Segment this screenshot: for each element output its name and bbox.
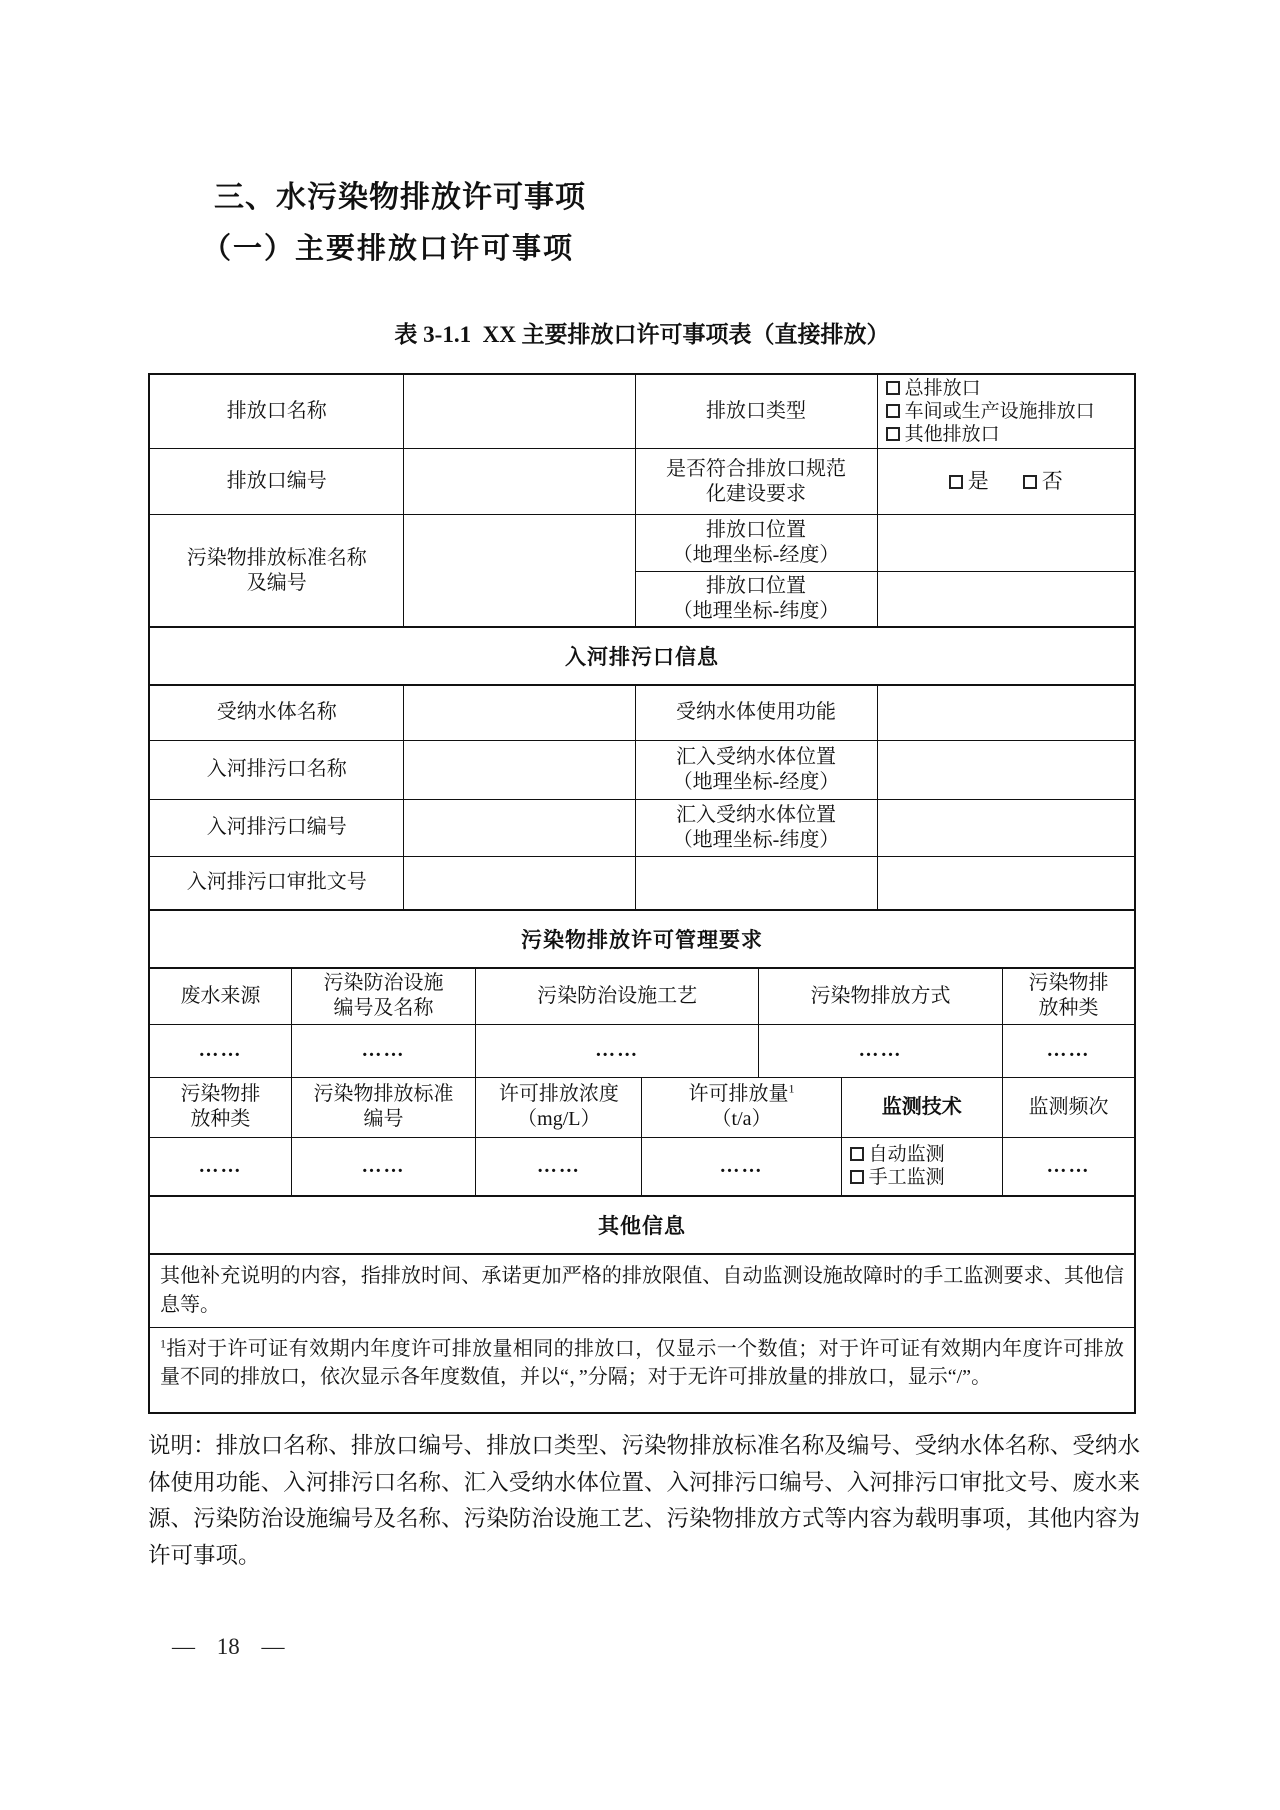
permit-concentration-header: 许可排放浓度 （mg/L） bbox=[476, 1077, 642, 1137]
table-row: 污染物排 放种类 污染物排放标准 编号 许可排放浓度 （mg/L） 许可排放量1… bbox=[150, 1077, 1134, 1137]
checkbox[interactable] bbox=[886, 404, 900, 418]
table-row: 排放口编号 是否符合排放口规范 化建设要求 是 否 bbox=[150, 449, 1134, 515]
water-body-name-label: 受纳水体名称 bbox=[150, 686, 404, 740]
monitor-options-cell: 自动监测 手工监测 bbox=[841, 1137, 1002, 1195]
placeholder-dots: …… bbox=[1002, 1024, 1134, 1077]
river-info-table: 受纳水体名称 受纳水体使用功能 入河排污口名称 汇入受纳水体位置 （地理坐标-经… bbox=[150, 686, 1134, 909]
placeholder-dots: …… bbox=[150, 1024, 291, 1077]
table-row: …… …… …… …… …… bbox=[150, 1024, 1134, 1077]
option-label: 车间或生产设施排放口 bbox=[905, 401, 1095, 422]
water-body-name-value-cell[interactable] bbox=[404, 686, 635, 740]
option-workshop-outlet[interactable]: 车间或生产设施排放口 bbox=[886, 400, 1130, 423]
other-info-text: 其他补充说明的内容，指排放时间、承诺更加严格的排放限值、自动监测设施故障时的手工… bbox=[150, 1255, 1134, 1328]
outlet-name-value-cell[interactable] bbox=[404, 375, 635, 449]
option-label: 自动监测 bbox=[869, 1144, 945, 1165]
treatment-facility-code-header: 污染防治设施 编号及名称 bbox=[291, 969, 475, 1024]
table-footnote: 1指对于许可证有效期内年度许可排放量相同的排放口，仅显示一个数值；对于许可证有效… bbox=[150, 1328, 1134, 1412]
option-manual-monitor[interactable]: 手工监测 bbox=[850, 1166, 998, 1189]
placeholder-dots: …… bbox=[291, 1137, 475, 1195]
checkbox[interactable] bbox=[886, 427, 900, 441]
management-table: 废水来源 污染防治设施 编号及名称 污染防治设施工艺 污染物排放方式 污染物排 … bbox=[150, 969, 1134, 1195]
option-label: 总排放口 bbox=[905, 378, 981, 399]
water-body-function-value-cell[interactable] bbox=[877, 686, 1134, 740]
join-position-lat-label: 汇入受纳水体位置 （地理坐标-纬度） bbox=[635, 799, 877, 856]
table-row: 受纳水体名称 受纳水体使用功能 bbox=[150, 686, 1134, 740]
join-position-lng-value-cell[interactable] bbox=[877, 740, 1134, 799]
outlet-code-label: 排放口编号 bbox=[150, 449, 404, 515]
table-row: 排放口名称 排放口类型 总排放口 车间或生产设施排放口 其他排放口 bbox=[150, 375, 1134, 449]
emission-standard-value-cell[interactable] bbox=[404, 515, 635, 627]
management-section-header: 污染物排放许可管理要求 bbox=[150, 909, 1134, 969]
option-total-outlet[interactable]: 总排放口 bbox=[886, 377, 1130, 400]
placeholder-dots: …… bbox=[1002, 1137, 1134, 1195]
placeholder-dots: …… bbox=[150, 1137, 291, 1195]
approval-doc-value-cell[interactable] bbox=[404, 856, 635, 909]
yes-label: 是 bbox=[968, 469, 989, 493]
placeholder-dots: …… bbox=[291, 1024, 475, 1077]
table-row: 入河排污口审批文号 bbox=[150, 856, 1134, 909]
emission-standard-label: 污染物排放标准名称 及编号 bbox=[150, 515, 404, 627]
empty-cell[interactable] bbox=[635, 856, 877, 909]
treatment-process-header: 污染防治设施工艺 bbox=[476, 969, 759, 1024]
table-row: …… …… …… …… 自动监测 手工监测 …… bbox=[150, 1137, 1134, 1195]
section-heading: 三、水污染物排放许可事项 bbox=[214, 172, 586, 216]
pollutant-type-header2: 污染物排 放种类 bbox=[150, 1077, 291, 1137]
permit-quantity-unit: （t/a） bbox=[646, 1107, 836, 1132]
basic-info-table: 排放口名称 排放口类型 总排放口 车间或生产设施排放口 其他排放口 排放口编号 … bbox=[150, 375, 1134, 626]
river-outlet-name-label: 入河排污口名称 bbox=[150, 740, 404, 799]
permit-quantity-label: 许可排放量 bbox=[689, 1083, 789, 1105]
monitor-tech-header: 监测技术 bbox=[841, 1077, 1002, 1137]
join-position-lat-value-cell[interactable] bbox=[877, 799, 1134, 856]
monitor-freq-header: 监测频次 bbox=[1002, 1077, 1134, 1137]
table-row: 污染物排放标准名称 及编号 排放口位置 （地理坐标-经度） bbox=[150, 515, 1134, 572]
option-other-outlet[interactable]: 其他排放口 bbox=[886, 423, 1130, 446]
option-no[interactable]: 否 bbox=[1023, 468, 1063, 494]
water-body-function-label: 受纳水体使用功能 bbox=[635, 686, 877, 740]
join-position-lng-label: 汇入受纳水体位置 （地理坐标-经度） bbox=[635, 740, 877, 799]
checkbox[interactable] bbox=[949, 475, 963, 489]
permit-table: 排放口名称 排放口类型 总排放口 车间或生产设施排放口 其他排放口 排放口编号 … bbox=[148, 373, 1136, 1414]
subsection-heading: （一）主要排放口许可事项 bbox=[202, 226, 574, 267]
checkbox[interactable] bbox=[850, 1170, 864, 1184]
option-yes[interactable]: 是 bbox=[949, 468, 989, 494]
other-info-section-header: 其他信息 bbox=[150, 1195, 1134, 1255]
empty-cell[interactable] bbox=[877, 856, 1134, 909]
approval-doc-label: 入河排污口审批文号 bbox=[150, 856, 404, 909]
table-row: 入河排污口名称 汇入受纳水体位置 （地理坐标-经度） bbox=[150, 740, 1134, 799]
explanation-paragraph: 说明：排放口名称、排放口编号、排放口类型、污染物排放标准名称及编号、受纳水体名称… bbox=[148, 1428, 1140, 1574]
placeholder-dots: …… bbox=[476, 1137, 642, 1195]
discharge-mode-header: 污染物排放方式 bbox=[758, 969, 1002, 1024]
pollutant-type-header: 污染物排 放种类 bbox=[1002, 969, 1134, 1024]
table-caption: 表 3-1.1 XX 主要排放口许可事项表（直接排放） bbox=[148, 316, 1136, 349]
no-label: 否 bbox=[1042, 469, 1063, 493]
outlet-position-lng-label: 排放口位置 （地理坐标-经度） bbox=[635, 515, 877, 572]
river-outlet-code-value-cell[interactable] bbox=[404, 799, 635, 856]
wastewater-source-header: 废水来源 bbox=[150, 969, 291, 1024]
footnote-text: 指对于许可证有效期内年度许可排放量相同的排放口，仅显示一个数值；对于许可证有效期… bbox=[160, 1338, 1124, 1388]
option-label: 手工监测 bbox=[869, 1167, 945, 1188]
standard-compliance-label: 是否符合排放口规范 化建设要求 bbox=[635, 449, 877, 515]
permit-quantity-header: 许可排放量1 （t/a） bbox=[642, 1077, 841, 1137]
outlet-position-lat-label: 排放口位置 （地理坐标-纬度） bbox=[635, 572, 877, 627]
river-outlet-name-value-cell[interactable] bbox=[404, 740, 635, 799]
outlet-position-lat-value-cell[interactable] bbox=[877, 572, 1134, 627]
checkbox[interactable] bbox=[886, 381, 900, 395]
page-number: — 18 — bbox=[172, 1634, 285, 1660]
outlet-name-label: 排放口名称 bbox=[150, 375, 404, 449]
placeholder-dots: …… bbox=[642, 1137, 841, 1195]
option-label: 其他排放口 bbox=[905, 424, 1000, 445]
checkbox[interactable] bbox=[1023, 475, 1037, 489]
river-outlet-code-label: 入河排污口编号 bbox=[150, 799, 404, 856]
table-row: 入河排污口编号 汇入受纳水体位置 （地理坐标-纬度） bbox=[150, 799, 1134, 856]
outlet-type-options-cell: 总排放口 车间或生产设施排放口 其他排放口 bbox=[877, 375, 1134, 449]
checkbox[interactable] bbox=[850, 1147, 864, 1161]
outlet-code-value-cell[interactable] bbox=[404, 449, 635, 515]
footnote-marker: 1 bbox=[789, 1081, 795, 1095]
table-row: 废水来源 污染防治设施 编号及名称 污染防治设施工艺 污染物排放方式 污染物排 … bbox=[150, 969, 1134, 1024]
placeholder-dots: …… bbox=[758, 1024, 1002, 1077]
option-auto-monitor[interactable]: 自动监测 bbox=[850, 1143, 998, 1166]
placeholder-dots: …… bbox=[476, 1024, 759, 1077]
compliance-yesno-cell: 是 否 bbox=[877, 449, 1134, 515]
standard-code-header: 污染物排放标准 编号 bbox=[291, 1077, 475, 1137]
river-section-header: 入河排污口信息 bbox=[150, 626, 1134, 686]
outlet-type-label: 排放口类型 bbox=[635, 375, 877, 449]
outlet-position-lng-value-cell[interactable] bbox=[877, 515, 1134, 572]
